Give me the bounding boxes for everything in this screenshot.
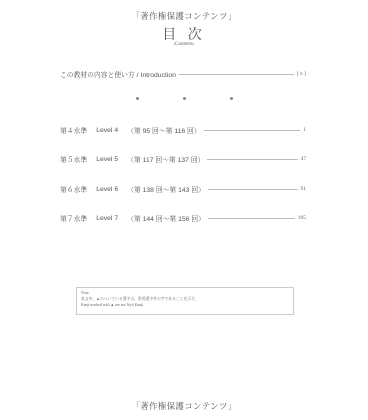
toc-entry-range: （第 144 回～第 156 回） (127, 213, 205, 223)
toc-entry-level: Level 7 (96, 215, 118, 222)
section-separator-dots (0, 97, 368, 100)
copyright-watermark-top: 「著作権保護コンテンツ」 (0, 10, 368, 22)
toc-entry-label: 第７水準 (60, 213, 87, 223)
toc-page-number: 47 (301, 156, 307, 162)
leader-line (204, 130, 301, 131)
toc-entry-level: Level 5 (96, 156, 118, 163)
dot-icon (136, 97, 139, 100)
toc-entry-level-6[interactable]: 第６水準 Level 6 （第 138 回～第 143 回） 91 (60, 184, 306, 194)
toc-entry-label: 第４水準 (60, 125, 87, 135)
toc-entry-level-4[interactable]: 第４水準 Level 4 （第 95 回～第 116 回） 1 (60, 125, 306, 135)
toc-page-number: 105 (298, 215, 306, 221)
toc-entry-introduction[interactable]: この教材の内容と使い方 / Introduction [ x ] (60, 69, 306, 79)
leader-line (208, 218, 295, 219)
toc-page-number: 1 (303, 127, 306, 133)
page-subtitle: ‹Contents› (0, 42, 368, 47)
page-title: 目 次 (0, 24, 368, 44)
toc-entry-level-5[interactable]: 第５水準 Level 5 （第 117 回～第 137 回） 47 (60, 154, 306, 164)
toc-entry-level: Level 4 (96, 127, 118, 134)
copyright-watermark-bottom: 「著作権保護コンテンツ」 (0, 400, 368, 412)
toc-entry-range: （第 138 回～第 143 回） (127, 184, 205, 194)
toc-page-number: [ x ] (297, 71, 306, 77)
toc-entry-range: （第 95 回～第 116 回） (127, 125, 201, 135)
toc-entry-label: この教材の内容と使い方 / Introduction (60, 69, 176, 79)
toc-entry-range: （第 117 回～第 137 回） (127, 154, 204, 164)
toc-entry-level-7[interactable]: 第７水準 Level 7 （第 144 回～第 156 回） 105 (60, 213, 306, 223)
note-box: Note: 本文中、▲のついている漢字は、常用漢字外の字であることを示す。 Ka… (76, 287, 294, 315)
toc-entry-label: 第５水準 (60, 154, 87, 164)
dot-icon (230, 97, 233, 100)
leader-line (208, 189, 298, 190)
toc-page-number: 91 (301, 186, 307, 192)
note-english-line: Kanji marked with ▲ are not Jōyō Kanji. (81, 302, 289, 308)
toc-entry-level: Level 6 (96, 186, 118, 193)
leader-line (179, 74, 294, 75)
dot-icon (183, 97, 186, 100)
leader-line (207, 159, 297, 160)
toc-entry-label: 第６水準 (60, 184, 87, 194)
